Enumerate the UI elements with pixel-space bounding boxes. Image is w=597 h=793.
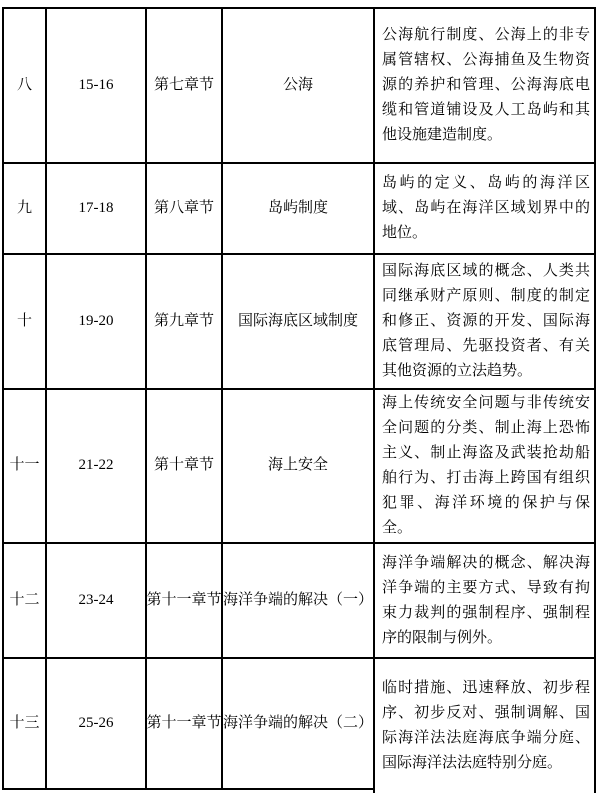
sequence-cell: 八: [2, 7, 45, 162]
content-cell: 临时措施、迅速释放、初步程序、初步反对、强制调解、国际海洋法法庭海底争端分庭、国…: [373, 657, 596, 793]
sequence-cell: 十二: [2, 542, 45, 657]
syllabus-table: 八 15-16 第七章节 公海 公海航行制度、公海上的非专属管辖权、公海捕鱼及生…: [2, 7, 596, 793]
content-cell: 岛屿的定义、岛屿的海洋区域、岛屿在海洋区域划界中的地位。: [373, 162, 596, 253]
chapter-cell: 第十一章节: [145, 542, 221, 657]
class-hours-cell: 19-20: [45, 253, 145, 388]
content-cell: 国际海底区域的概念、人类共同继承财产原则、制度的制定和修正、资源的开发、国际海底…: [373, 253, 596, 388]
topic-cell: 海洋争端的解决（二）: [221, 657, 373, 790]
chapter-cell: 第九章节: [145, 253, 221, 388]
topic-cell: 海洋争端的解决（一）: [221, 542, 373, 657]
sequence-cell: 十三: [2, 657, 45, 790]
sequence-cell: 十一: [2, 388, 45, 542]
sequence-cell: 九: [2, 162, 45, 253]
topic-cell: 公海: [221, 7, 373, 162]
class-hours-cell: 23-24: [45, 542, 145, 657]
chapter-cell: 第七章节: [145, 7, 221, 162]
class-hours-cell: 25-26: [45, 657, 145, 790]
chapter-cell: 第八章节: [145, 162, 221, 253]
content-cell: 海洋争端解决的概念、解决海洋争端的主要方式、导致有拘束力裁判的强制程序、强制程序…: [373, 542, 596, 657]
chapter-cell: 第十章节: [145, 388, 221, 542]
topic-cell: 海上安全: [221, 388, 373, 542]
sequence-cell: 十: [2, 253, 45, 388]
chapter-cell: 第十一章节: [145, 657, 221, 790]
class-hours-cell: 21-22: [45, 388, 145, 542]
class-hours-cell: 17-18: [45, 162, 145, 253]
content-cell: 公海航行制度、公海上的非专属管辖权、公海捕鱼及生物资源的养护和管理、公海海底电缆…: [373, 7, 596, 162]
document-page: 八 15-16 第七章节 公海 公海航行制度、公海上的非专属管辖权、公海捕鱼及生…: [0, 0, 597, 793]
content-cell: 海上传统安全问题与非传统安全问题的分类、制止海上恐怖主义、制止海盗及武装抢劫船舶…: [373, 388, 596, 542]
topic-cell: 岛屿制度: [221, 162, 373, 253]
topic-cell: 国际海底区域制度: [221, 253, 373, 388]
class-hours-cell: 15-16: [45, 7, 145, 162]
